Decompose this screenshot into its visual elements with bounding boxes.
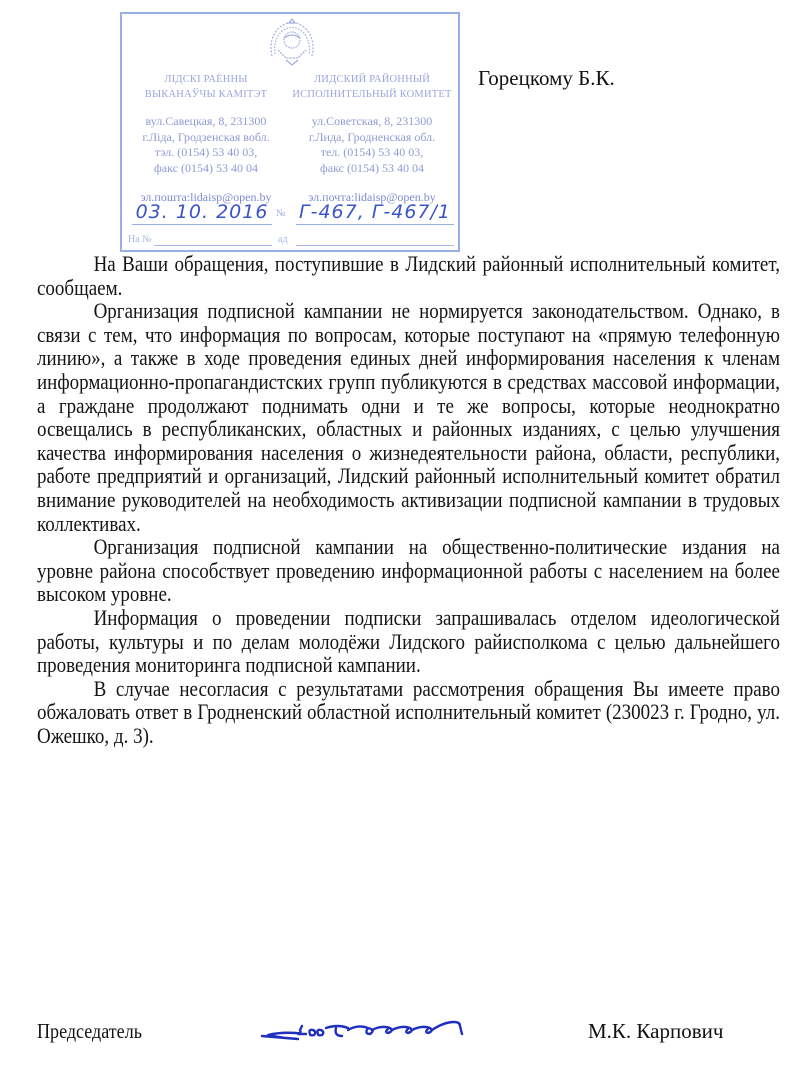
reference-number-label: На № [128, 234, 152, 245]
stamp-phone: тэл. (0154) 53 40 03, [122, 145, 290, 161]
registration-number: Г-467, Г-467/1 [296, 200, 454, 225]
stamp-org-name: ЛИДСКИЙ РАЙОННЫЙ [288, 72, 456, 87]
stamp-fax: факс (0154) 53 40 04 [288, 161, 456, 177]
registration-number-label: № [276, 208, 286, 219]
stamp-address: вул.Савецкая, 8, 231300 [122, 114, 290, 130]
paragraph: На Ваши обращения, поступившие в Лидский… [37, 252, 780, 299]
paragraph: В случае несогласия с результатами рассм… [37, 677, 780, 748]
stamp-block-russian: ЛИДСКИЙ РАЙОННЫЙ ИСПОЛНИТЕЛЬНЫЙ КОМИТЕТ … [288, 72, 456, 205]
paragraph: Информация о проведении подписки запраши… [37, 606, 780, 677]
stamp-registration-line: 03. 10. 2016 № Г-467, Г-467/1 [128, 200, 454, 226]
stamp-address: г.Ліда, Гродзенская вобл. [122, 130, 290, 146]
stamp-reference-line: На № ад [128, 234, 454, 248]
stamp-org-name: ЛІДСКІ РАЁННЫ [122, 72, 290, 87]
stamp-org-name: ВЫКАНАЎЧЫ КАМІТЭТ [122, 87, 290, 102]
handwritten-signature [258, 1008, 488, 1048]
paragraph: Организация подписной кампании не нормир… [37, 299, 780, 535]
registration-date: 03. 10. 2016 [132, 200, 272, 225]
stamp-address: ул.Советская, 8, 231300 [288, 114, 456, 130]
signatory-title: Председатель [37, 1019, 142, 1044]
reference-date-label: ад [278, 234, 288, 245]
stamp-fax: факс (0154) 53 40 04 [122, 161, 290, 177]
stamp-org-name: ИСПОЛНИТЕЛЬНЫЙ КОМИТЕТ [288, 87, 456, 102]
reference-number-blank [154, 245, 272, 246]
addressee: Горецкому Б.К. [478, 66, 615, 91]
paragraph: Организация подписной кампании на общест… [37, 535, 780, 606]
stamp-phone: тел. (0154) 53 40 03, [288, 145, 456, 161]
stamp-block-belarusian: ЛІДСКІ РАЁННЫ ВЫКАНАЎЧЫ КАМІТЭТ вул.Саве… [122, 72, 290, 205]
letter-body: На Ваши обращения, поступившие в Лидский… [37, 252, 780, 747]
belarus-emblem-icon [264, 18, 320, 68]
stamp-address: г.Лида, Гродненская обл. [288, 130, 456, 146]
signatory-name: М.К. Карпович [588, 1019, 723, 1044]
registration-stamp: ЛІДСКІ РАЁННЫ ВЫКАНАЎЧЫ КАМІТЭТ вул.Саве… [120, 12, 460, 252]
reference-date-blank [296, 245, 454, 246]
